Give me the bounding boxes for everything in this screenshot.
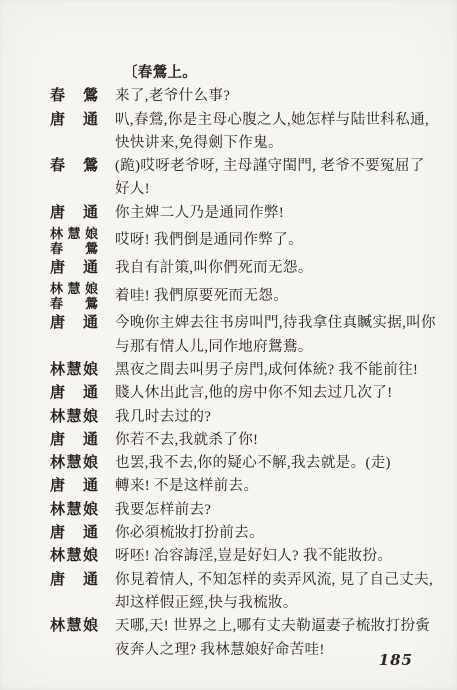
speaker-label: 唐通	[50, 475, 98, 498]
dialogue-line: 也罢,我不去,你的疑心不解,我去就是。(走)	[115, 452, 391, 475]
speaker-name-char: 娘	[83, 406, 98, 429]
speaker-name-char: 通	[83, 202, 98, 225]
speaker-name-char: 娘	[83, 615, 98, 638]
speaker-name: 唐通	[50, 257, 98, 280]
speaker-name-char: 慧	[66, 359, 81, 382]
script-body: 〔春鶯上。春鶯来了,老爷什么事?唐通叭,春鶯,你是主母心腹之人,她怎样与陆世科私…	[50, 62, 427, 662]
dialogue-text: 来了,老爷什么事?	[115, 85, 230, 108]
speaker-name: 唐通	[50, 312, 98, 335]
dialogue-text: 我自有計策,叫你們死而无怨。	[115, 257, 313, 280]
dialogue-entry: 林慧娘天哪,天! 世界之上,哪有丈夫勒逼妻子梳妝打扮夤夜奔人之理? 我林慧娘好命…	[50, 615, 427, 662]
dialogue-text: (跪)哎呀老爷呀, 主母謹守閨門, 老爷不要冤屈了好人!	[115, 155, 425, 202]
speaker-name: 林慧娘	[50, 359, 98, 382]
speaker-name-char: 通	[83, 429, 98, 452]
speaker-name-char: 唐	[50, 202, 65, 225]
dialogue-entry: 林慧娘春鶯哎呀! 我們倒是通同作弊了。	[50, 225, 427, 257]
speaker-label: 林慧娘春鶯	[50, 281, 98, 311]
speaker-name-char: 通	[83, 382, 98, 405]
dialogue-text: 你必須梳妝打扮前去。	[115, 522, 264, 545]
dialogue-entry: 林慧娘我几时去过的?	[50, 406, 427, 429]
dialogue-line: 天哪,天! 世界之上,哪有丈夫勒逼妻子梳妝打扮夤	[115, 615, 427, 638]
speaker-name-char: 通	[83, 475, 98, 498]
speaker-label: 唐通	[50, 522, 98, 545]
speaker-name: 林慧娘	[50, 281, 98, 296]
speaker-name: 春鶯	[50, 296, 98, 311]
dialogue-text: 叭,春鶯,你是主母心腹之人,她怎样与陆世科私通,快快讲来,免得劍下作鬼。	[115, 109, 427, 156]
dialogue-line: 黑夜之間去叫男子房門,成何体統? 我不能前往!	[115, 359, 418, 382]
speaker-name-char: 鶯	[83, 155, 98, 178]
speaker-name: 唐通	[50, 569, 98, 592]
dialogue-text: 呀呸! 冶容誨淫,豈是好妇人? 我不能妝扮。	[115, 545, 392, 568]
book-page: 〔春鶯上。春鶯来了,老爷什么事?唐通叭,春鶯,你是主母心腹之人,她怎样与陆世科私…	[0, 0, 457, 690]
speaker-name: 林慧娘	[50, 615, 98, 638]
speaker-name-char: 春	[50, 85, 65, 108]
dialogue-entry: 唐通賤人休出此言,他的房中你不知去过几次了!	[50, 382, 427, 405]
dialogue-line: 叭,春鶯,你是主母心腹之人,她怎样与陆世科私通,	[115, 109, 427, 132]
speaker-name-char: 娘	[83, 359, 98, 382]
speaker-name-char: 林	[50, 615, 65, 638]
dialogue-entry: 唐通我自有計策,叫你們死而无怨。	[50, 257, 427, 280]
dialogue-entry: 林慧娘我要怎样前去?	[50, 499, 427, 522]
dialogue-line: 着哇! 我們原要死而无怨。	[115, 285, 288, 308]
speaker-name: 林慧娘	[50, 545, 98, 568]
speaker-name: 唐通	[50, 202, 98, 225]
speaker-label: 林慧娘春鶯	[50, 226, 98, 256]
dialogue-text: 哎呀! 我們倒是通同作弊了。	[115, 229, 303, 252]
speaker-name-char: 通	[83, 522, 98, 545]
speaker-name: 林慧娘	[50, 499, 98, 522]
speaker-label: 林慧娘	[50, 452, 98, 475]
speaker-name-char: 慧	[66, 499, 81, 522]
speaker-label: 林慧娘	[50, 545, 98, 568]
dialogue-line: 我自有計策,叫你們死而无怨。	[115, 257, 313, 280]
dialogue-entry: 林慧娘黑夜之間去叫男子房門,成何体統? 我不能前往!	[50, 359, 427, 382]
dialogue-text: 轉来! 不是这样前去。	[115, 475, 258, 498]
dialogue-entry: 唐通叭,春鶯,你是主母心腹之人,她怎样与陆世科私通,快快讲来,免得劍下作鬼。	[50, 109, 427, 156]
speaker-label: 唐通	[50, 257, 98, 280]
dialogue-line: 今晚你主婢去往书房叫門,待我拿住真贓实据,叫你	[115, 312, 427, 335]
speaker-label: 唐通	[50, 382, 98, 405]
dialogue-entry: 唐通轉来! 不是这样前去。	[50, 475, 427, 498]
dialogue-line: 賤人休出此言,他的房中你不知去过几次了!	[115, 382, 392, 405]
dialogue-line: 呀呸! 冶容誨淫,豈是好妇人? 我不能妝扮。	[115, 545, 392, 568]
dialogue-text: 今晚你主婢去往书房叫門,待我拿住真贓实据,叫你与那有情人儿,同作地府鴛鴦。	[115, 312, 427, 359]
speaker-name-char: 娘	[83, 499, 98, 522]
dialogue-text: 賤人休出此言,他的房中你不知去过几次了!	[115, 382, 392, 405]
dialogue-line: 好人!	[115, 178, 425, 201]
speaker-name: 唐通	[50, 522, 98, 545]
dialogue-line: 我几时去过的?	[115, 406, 211, 429]
speaker-name: 唐通	[50, 475, 98, 498]
speaker-name-char: 通	[83, 109, 98, 132]
speaker-name-char: 鶯	[85, 241, 98, 256]
speaker-name-char: 慧	[67, 281, 80, 296]
speaker-name-char: 唐	[50, 109, 65, 132]
dialogue-line: 来了,老爷什么事?	[115, 85, 230, 108]
dialogue-text: 我要怎样前去?	[115, 499, 211, 522]
stage-direction: 〔春鶯上。	[50, 62, 427, 85]
speaker-name: 春鶯	[50, 155, 98, 178]
speaker-label: 林慧娘	[50, 499, 98, 522]
dialogue-entry: 唐通你見着情人, 不知怎样的卖弄风流, 見了自己丈夫,却这样假正經,快与我梳妝。	[50, 569, 427, 616]
dialogue-line: 却这样假正經,快与我梳妝。	[115, 592, 427, 615]
dialogue-line: 哎呀! 我們倒是通同作弊了。	[115, 229, 303, 252]
speaker-name-char: 慧	[66, 545, 81, 568]
dialogue-line: 轉来! 不是这样前去。	[115, 475, 258, 498]
speaker-label: 唐通	[50, 202, 98, 225]
dialogue-entry: 春鶯来了,老爷什么事?	[50, 85, 427, 108]
dialogue-text: 着哇! 我們原要死而无怨。	[115, 285, 288, 308]
dialogue-line: 我要怎样前去?	[115, 499, 211, 522]
speaker-name-char: 唐	[50, 475, 65, 498]
speaker-name-char: 通	[83, 257, 98, 280]
dialogue-text: 黑夜之間去叫男子房門,成何体統? 我不能前往!	[115, 359, 418, 382]
speaker-name-char: 林	[50, 452, 65, 475]
speaker-name-char: 唐	[50, 569, 65, 592]
speaker-name-char: 唐	[50, 257, 65, 280]
speaker-name-char: 鶯	[85, 296, 98, 311]
speaker-name-char: 唐	[50, 312, 65, 335]
speaker-name-char: 鶯	[83, 85, 98, 108]
page-number: 185	[379, 651, 413, 669]
speaker-name-char: 唐	[50, 382, 65, 405]
speaker-name: 林慧娘	[50, 406, 98, 429]
speaker-name: 春鶯	[50, 85, 98, 108]
dialogue-entry: 唐通你主婢二人乃是通同作弊!	[50, 202, 427, 225]
dialogue-entry: 唐通你若不去,我就杀了你!	[50, 429, 427, 452]
speaker-name-char: 唐	[50, 429, 65, 452]
speaker-label: 春鶯	[50, 155, 98, 178]
dialogue-text: 也罢,我不去,你的疑心不解,我去就是。(走)	[115, 452, 391, 475]
dialogue-line: (跪)哎呀老爷呀, 主母謹守閨門, 老爷不要冤屈了	[115, 155, 425, 178]
speaker-label: 唐通	[50, 429, 98, 452]
speaker-label: 林慧娘	[50, 359, 98, 382]
dialogue-line: 与那有情人儿,同作地府鴛鴦。	[115, 336, 427, 359]
dialogue-text: 你若不去,我就杀了你!	[115, 429, 258, 452]
speaker-name-char: 唐	[50, 522, 65, 545]
speaker-name-char: 通	[83, 569, 98, 592]
speaker-name: 唐通	[50, 382, 98, 405]
speaker-name-char: 慧	[67, 226, 80, 241]
speaker-name-char: 林	[50, 281, 63, 296]
dialogue-line: 快快讲来,免得劍下作鬼。	[115, 132, 427, 155]
speaker-name-char: 春	[50, 241, 63, 256]
dialogue-line: 你必須梳妝打扮前去。	[115, 522, 264, 545]
dialogue-text: 我几时去过的?	[115, 406, 211, 429]
speaker-name-char: 通	[83, 312, 98, 335]
speaker-label: 春鶯	[50, 85, 98, 108]
speaker-name: 春鶯	[50, 241, 98, 256]
speaker-name-char: 娘	[85, 226, 98, 241]
speaker-name-char: 春	[50, 155, 65, 178]
speaker-name: 唐通	[50, 109, 98, 132]
speaker-name-char: 慧	[66, 406, 81, 429]
dialogue-entry: 春鶯(跪)哎呀老爷呀, 主母謹守閨門, 老爷不要冤屈了好人!	[50, 155, 427, 202]
speaker-name-char: 林	[50, 406, 65, 429]
dialogue-text: 你見着情人, 不知怎样的卖弄风流, 見了自己丈夫,却这样假正經,快与我梳妝。	[115, 569, 427, 616]
dialogue-entry: 唐通你必須梳妝打扮前去。	[50, 522, 427, 545]
speaker-name-char: 娘	[85, 281, 98, 296]
speaker-name: 林慧娘	[50, 226, 98, 241]
speaker-label: 林慧娘	[50, 615, 98, 638]
dialogue-entry: 林慧娘也罢,我不去,你的疑心不解,我去就是。(走)	[50, 452, 427, 475]
dialogue-line: 你主婢二人乃是通同作弊!	[115, 202, 284, 225]
dialogue-entry: 唐通今晚你主婢去往书房叫門,待我拿住真贓实据,叫你与那有情人儿,同作地府鴛鴦。	[50, 312, 427, 359]
speaker-name: 唐通	[50, 429, 98, 452]
speaker-label: 唐通	[50, 312, 98, 335]
speaker-label: 唐通	[50, 109, 98, 132]
dialogue-entry: 林慧娘呀呸! 冶容誨淫,豈是好妇人? 我不能妝扮。	[50, 545, 427, 568]
speaker-name-char: 林	[50, 226, 63, 241]
dialogue-line: 你見着情人, 不知怎样的卖弄风流, 見了自己丈夫,	[115, 569, 427, 592]
speaker-name: 林慧娘	[50, 452, 98, 475]
speaker-name-char: 慧	[66, 452, 81, 475]
speaker-name-char: 娘	[83, 452, 98, 475]
speaker-name-char: 春	[50, 296, 63, 311]
dialogue-text: 你主婢二人乃是通同作弊!	[115, 202, 284, 225]
speaker-name-char: 慧	[66, 615, 81, 638]
speaker-name-char: 娘	[83, 545, 98, 568]
speaker-name-char: 林	[50, 499, 65, 522]
speaker-name-char: 林	[50, 545, 65, 568]
speaker-label: 林慧娘	[50, 406, 98, 429]
speaker-name-char: 林	[50, 359, 65, 382]
speaker-label: 唐通	[50, 569, 98, 592]
dialogue-entry: 林慧娘春鶯着哇! 我們原要死而无怨。	[50, 280, 427, 312]
dialogue-line: 你若不去,我就杀了你!	[115, 429, 258, 452]
